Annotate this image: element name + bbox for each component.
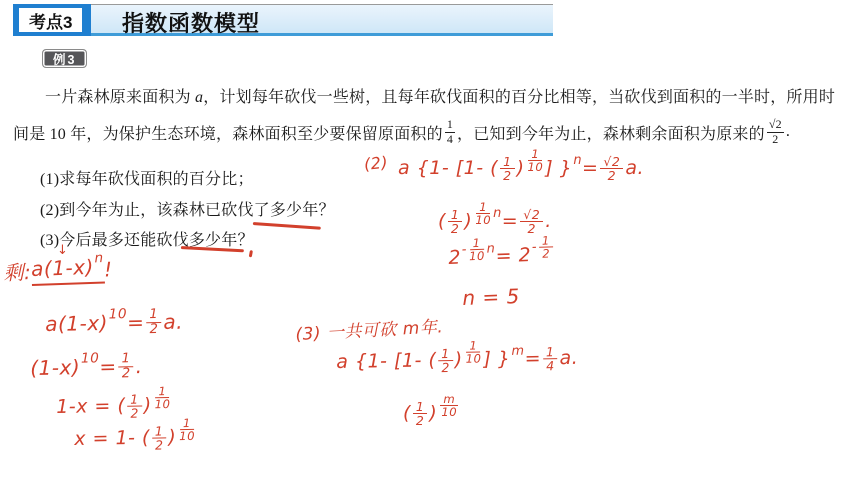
hw-part2-line2: (12)110n = √22 . (438, 208, 552, 235)
hw-part3-line2: (12)m10 (403, 400, 460, 427)
fraction-sqrt2-over-2: √2 2 (767, 118, 784, 145)
fraction: 110 (475, 201, 491, 226)
fraction: 110 (154, 385, 170, 411)
exponent: n (573, 153, 582, 169)
variable-a: a (195, 89, 203, 106)
fraction: 110 (465, 339, 481, 365)
red-underline-q2 (253, 222, 321, 230)
hw-part2-line3: 2- 110 n = 2- 12 (448, 242, 556, 271)
slide-canvas: 考点3 指数函数模型 例3 一片森林原来面积为 a，计划每年砍伐一些树，且每年砍… (0, 0, 864, 486)
exponent: 110 (463, 339, 483, 365)
fraction-one-quarter: 1 4 (445, 118, 455, 145)
fraction: 12 (118, 352, 133, 381)
fraction: √22 (600, 155, 623, 182)
hw-label-part2: (2) (363, 152, 389, 174)
header-bar (13, 4, 553, 36)
hw-down-arrow: ↓ (57, 243, 68, 259)
example-badge-label: 例3 (53, 50, 76, 68)
exponent: m10 (438, 393, 460, 418)
exponent: 110n (473, 201, 501, 226)
keypoint-badge: 考点3 (13, 4, 91, 36)
page-title: 指数函数模型 (122, 7, 260, 38)
hw-part2-answer: n = 5 (462, 284, 520, 310)
red-dot-mark (249, 250, 253, 257)
question-2: (2)到今年为止，该森林已砍伐了多少年？ (40, 197, 335, 220)
fraction: 12 (500, 155, 514, 182)
keypoint-badge-label: 考点3 (19, 8, 82, 32)
hw-label-part3: (3) 一共可砍 m年. (295, 317, 444, 345)
problem-line-1: 一片森林原来面积为 a，计划每年砍伐一些树，且每年砍伐面积的百分比相等，当砍伐到… (13, 84, 858, 107)
fraction: m10 (440, 393, 458, 418)
fraction: 12 (539, 234, 554, 260)
fraction: 12 (413, 400, 427, 427)
exponent: 110 (152, 385, 172, 411)
fraction: 12 (152, 424, 167, 452)
exponent: 10 (81, 351, 100, 368)
fraction: 110 (468, 237, 485, 263)
fraction: 14 (543, 345, 558, 373)
question-1: (1)求每年砍伐面积的百分比； (40, 166, 254, 189)
underlined-group: a(1-x)n (31, 254, 105, 286)
fraction: 110 (527, 148, 543, 173)
fraction: 12 (438, 347, 453, 375)
fraction: 12 (448, 208, 462, 235)
exponent: 110 (525, 148, 545, 173)
fraction: √22 (520, 208, 543, 235)
exponent: m (511, 344, 524, 360)
exponent: n (94, 250, 104, 267)
hw-eq-1x-10: (1-x)10 = 12 . (30, 352, 143, 383)
hw-eq-x: x = 1- (12)110 (74, 424, 197, 453)
hw-part2-main-eq: a {1- [1- (12)110] }n = √22 a. (398, 155, 644, 182)
fraction: 12 (127, 393, 142, 421)
exponent: - 12 (531, 234, 555, 260)
hw-remaining-formula: 剩: a(1-x)n ! (3, 254, 113, 287)
fraction: 12 (146, 308, 161, 337)
exponent: 10 (109, 306, 128, 323)
example-badge: 例3 (42, 49, 87, 68)
exponent: - 110 n (461, 236, 496, 263)
exponent: 110 (177, 417, 197, 443)
fraction: 110 (179, 417, 195, 443)
hw-part3-main-eq: a {1- [1- (12)110] }m = 14 a. (336, 345, 578, 377)
hw-eq-a-1x-10: a(1-x)10 = 12a. (45, 308, 183, 339)
problem-line-2: 间是 10 年，为保护生态环境，森林面积至少要保留原面积的 1 4 ，已知到今年… (13, 112, 864, 152)
question-3: (3)今后最多还能砍伐多少年？ (40, 227, 254, 250)
hw-eq-1-minus-x: 1-x = (12)110 (56, 392, 173, 421)
